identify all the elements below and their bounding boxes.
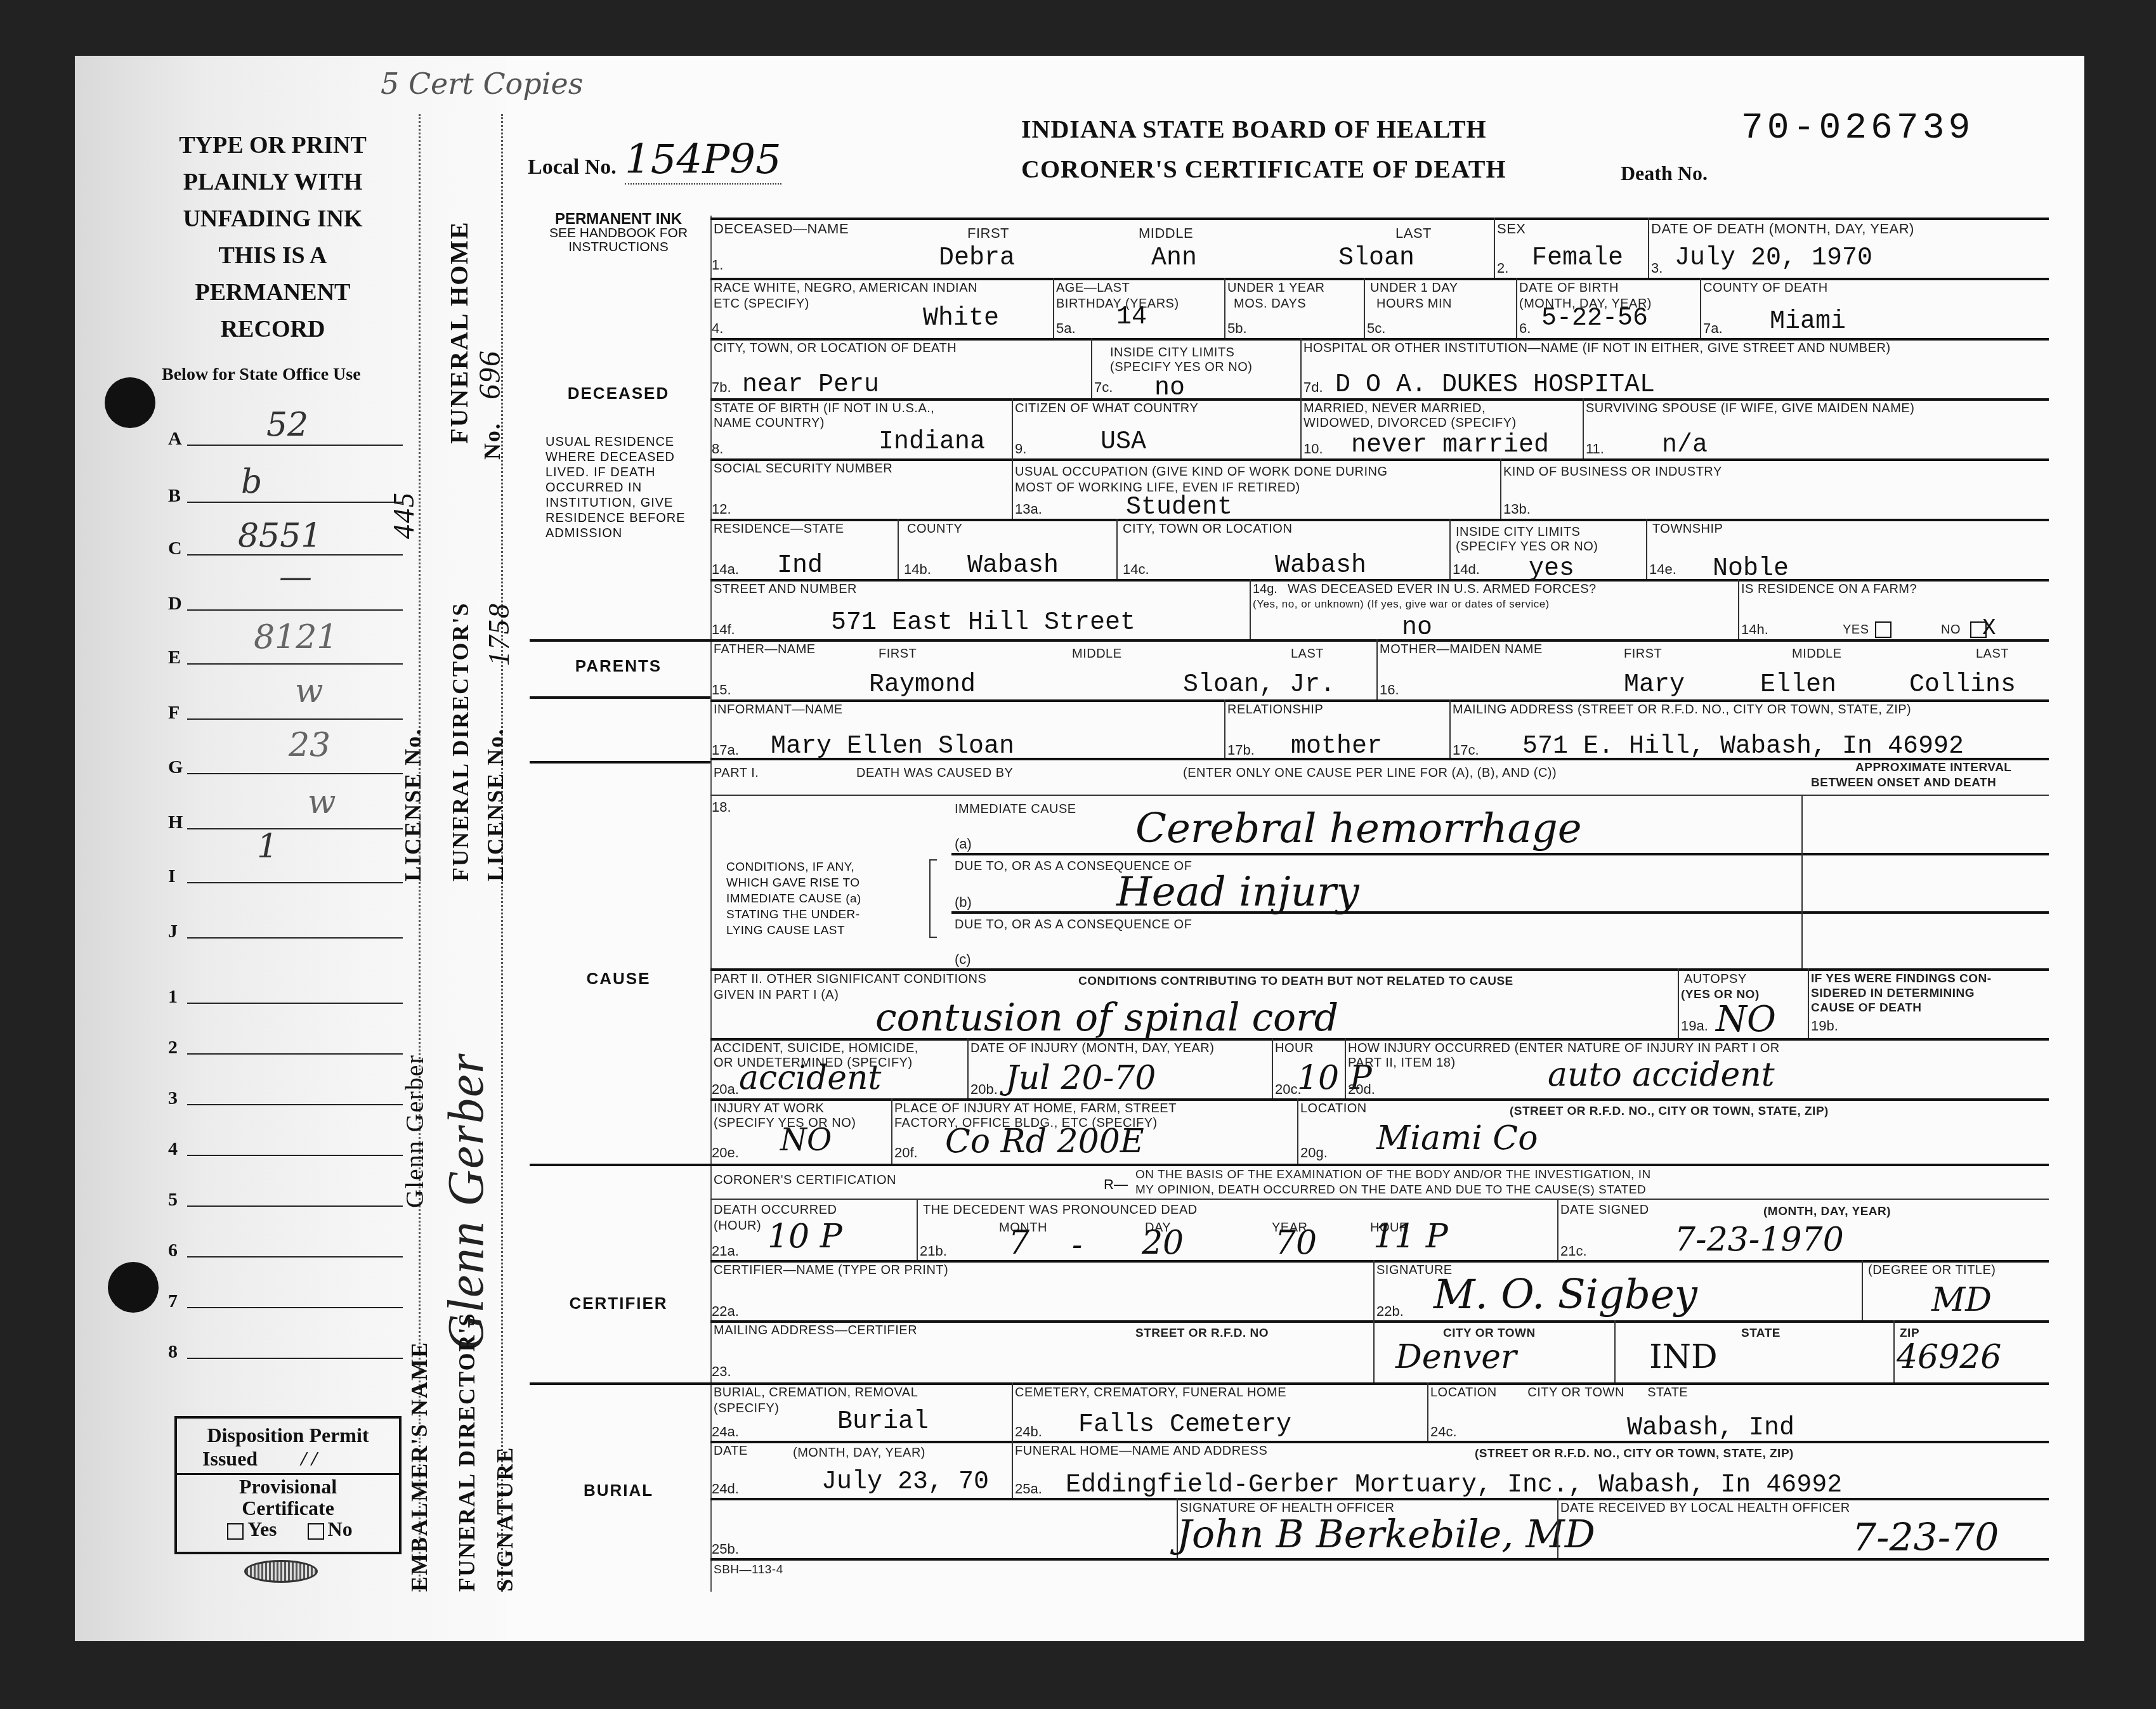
section-deceased: DECEASED	[523, 384, 714, 403]
manner-of-death: accident	[739, 1059, 881, 1097]
disposition-method: Burial	[837, 1408, 929, 1436]
death-occurred-hour: 10 P	[768, 1218, 842, 1256]
health-officer-signature: John B Berkebile, MD	[1177, 1512, 1595, 1557]
punch-hole	[108, 1262, 159, 1313]
certificate-title-2: CORONER'S CERTIFICATE OF DEATH	[1021, 154, 1506, 184]
residence-street: 571 East Hill Street	[831, 609, 1135, 637]
funeral-home-no: 696	[473, 350, 507, 400]
injury-location: Miami Co	[1376, 1119, 1538, 1157]
section-certifier: CERTIFIER	[523, 1294, 714, 1313]
date-received: 7-23-70	[1852, 1516, 1999, 1560]
disposition-permit-label: Disposition Permit	[177, 1424, 399, 1447]
embalmer-name: Glenn Gerber	[400, 1054, 429, 1208]
date-of-birth: 5-22-56	[1541, 304, 1648, 333]
issued-date: / /	[301, 1447, 317, 1470]
license-no: 445	[387, 491, 421, 539]
section-burial: BURIAL	[523, 1481, 714, 1500]
state-of-birth: Indiana	[879, 428, 985, 457]
provisional-no-checkbox[interactable]	[308, 1523, 324, 1540]
cause-b: Head injury	[1116, 869, 1359, 916]
usual-occupation: Student	[1126, 493, 1232, 522]
burial-location: Wabash, Ind	[1627, 1414, 1794, 1443]
marital-status: never married	[1351, 431, 1549, 460]
issued-label: Issued	[202, 1447, 258, 1470]
disposition-permit-box: Disposition Permit Issued / / Provisiona…	[174, 1416, 402, 1554]
pronounced-hour: 11 P	[1373, 1218, 1448, 1256]
date-of-injury: Jul 20-70	[1005, 1059, 1156, 1097]
funeral-home-label: FUNERAL HOME	[444, 221, 474, 444]
hospital-name: D O A. DUKES HOSPITAL	[1335, 371, 1655, 400]
autopsy: NO	[1716, 999, 1776, 1040]
mother-first-name: Mary	[1624, 671, 1685, 699]
burial-date: July 23, 70	[821, 1468, 989, 1497]
other-conditions: contusion of spinal cord	[875, 996, 1338, 1040]
section-parents: PARENTS	[523, 656, 714, 676]
armed-forces: no	[1402, 614, 1432, 642]
handwritten-note: 5 Cert Copies	[381, 67, 583, 101]
place-of-injury: Co Rd 200E	[945, 1122, 1144, 1160]
signature-label: SIGNATURE	[492, 1446, 518, 1592]
fd-license-label: LICENSE No.	[482, 728, 509, 881]
deceased-sex: Female	[1532, 244, 1623, 273]
certifier-signature: M. O. Sigbey	[1434, 1271, 1697, 1318]
how-injury-occurred: auto accident	[1548, 1056, 1775, 1094]
date-of-death: July 20, 1970	[1675, 244, 1872, 273]
certificate-label: Certificate	[177, 1498, 399, 1517]
pronounced-month: 7	[1009, 1224, 1029, 1262]
stub-instructions: TYPE OR PRINT PLAINLY WITH UNFADING INK …	[146, 127, 400, 348]
city-of-death: near Peru	[742, 371, 879, 400]
informant-relationship: mother	[1291, 732, 1382, 761]
residence-township: Noble	[1713, 555, 1789, 583]
surviving-spouse: n/a	[1662, 431, 1708, 460]
local-no: 154P95	[625, 136, 781, 185]
certifier-zip: 46926	[1897, 1338, 2001, 1376]
deceased-age: 14	[1116, 303, 1147, 332]
funeral-home-name-address: Eddingfield-Gerber Mortuary, Inc., Wabas…	[1066, 1471, 1842, 1500]
father-first-name: Raymond	[869, 671, 976, 699]
farm-no-mark: X	[1982, 615, 1996, 641]
conditions-note: CONDITIONS, IF ANY, WHICH GAVE RISE TO I…	[726, 859, 861, 939]
date-signed: 7-23-1970	[1675, 1221, 1844, 1259]
usual-residence-note: USUAL RESIDENCE WHERE DECEASED LIVED. IF…	[546, 434, 685, 541]
fd-signature: Glenn Gerber	[438, 1052, 495, 1351]
deceased-last-name: Sloan	[1338, 244, 1414, 273]
punch-hole	[105, 377, 155, 428]
certificate-title-1: INDIANA STATE BOARD OF HEALTH	[1021, 114, 1487, 144]
fd-signature-label: FUNERAL DIRECTOR'S	[454, 1313, 480, 1592]
inside-city-limits: no	[1154, 374, 1185, 403]
pronounced-year: 70	[1275, 1224, 1317, 1262]
father-last-name: Sloan, Jr.	[1183, 671, 1335, 699]
death-no-label: Death No.	[1621, 162, 1708, 185]
residence-county: Wabash	[967, 552, 1059, 580]
mother-last-name: Collins	[1909, 671, 2016, 699]
certifier-state: IND	[1649, 1338, 1718, 1376]
fd-license-no: 1758	[482, 602, 516, 666]
injury-at-work: NO	[780, 1122, 832, 1158]
cause-a: Cerebral hemorrhage	[1135, 805, 1582, 852]
cemetery-name: Falls Cemetery	[1078, 1411, 1291, 1439]
permanent-ink-note: PERMANENT INK SEE HANDBOOK FOR INSTRUCTI…	[536, 212, 701, 254]
certifier-city: Denver	[1395, 1338, 1517, 1376]
funeral-home-no-label: No.	[479, 422, 506, 460]
residence-city: Wabash	[1275, 552, 1366, 580]
form-number: SBH—113-4	[714, 1563, 783, 1577]
deceased-race: White	[923, 304, 999, 333]
certifier-degree: MD	[1931, 1281, 1992, 1319]
funeral-director-label: FUNERAL DIRECTOR'S	[447, 602, 474, 881]
section-cause: CAUSE	[523, 969, 714, 989]
county-of-death: Miami	[1770, 308, 1846, 336]
informant-name: Mary Ellen Sloan	[771, 732, 1014, 761]
pronounced-day: 20	[1142, 1224, 1184, 1262]
deceased-middle-name: Ann	[1151, 244, 1197, 273]
provisional-yes-checkbox[interactable]	[227, 1523, 244, 1540]
union-label-emblem	[244, 1560, 318, 1583]
death-no: 70-026739	[1741, 108, 1974, 149]
residence-inside-limits: yes	[1529, 555, 1574, 583]
provisional-label: Provisional	[177, 1475, 399, 1498]
farm-yes-checkbox[interactable]	[1875, 621, 1891, 638]
residence-state: Ind	[777, 552, 823, 580]
embalmer-label: EMBALMER'S NAME	[406, 1341, 433, 1592]
deceased-first-name: Debra	[939, 244, 1015, 273]
local-no-label: Local No.	[528, 155, 617, 179]
informant-address: 571 E. Hill, Wabash, In 46992	[1522, 732, 1964, 761]
mother-middle-name: Ellen	[1760, 671, 1836, 699]
state-office-label: Below for State Office Use	[162, 365, 361, 385]
citizen-country: USA	[1101, 428, 1146, 457]
license-label: LICENSE No.	[400, 728, 426, 881]
